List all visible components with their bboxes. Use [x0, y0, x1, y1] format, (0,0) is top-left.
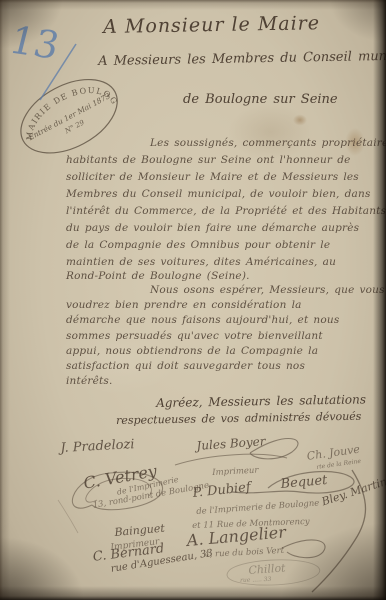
letter-line: intérêts. — [66, 375, 113, 387]
signature: Chillot — [248, 561, 286, 577]
document-page: 13 MAIRIE DE BOULOGNE Entrée du 1er Mai … — [0, 0, 386, 600]
signature: Bequet — [280, 473, 328, 492]
letter-line: du pays de vouloir bien faire une démarc… — [66, 222, 359, 234]
letter-line: Membres du Conseil municipal, de vouloir… — [66, 188, 371, 200]
letter-line: Les soussignés, commerçants propriétaire… — [150, 137, 386, 149]
letter-line: de la Compagnie des Omnibus pour obtenir… — [66, 239, 330, 251]
letter-line: satisfaction qui doit sauvegarder tous n… — [66, 360, 305, 372]
closing-line-1: Agréez, Messieurs les salutations — [156, 392, 366, 410]
letter-line: habitants de Boulogne sur Seine ont l'ho… — [66, 154, 351, 166]
signature: J. Pradelozi — [60, 437, 135, 456]
letter-line: appui, nous obtiendrons de la Compagnie … — [66, 345, 318, 357]
signature-address: rue ..... 33 — [240, 576, 272, 584]
address-line-1: A Monsieur le Maire — [103, 12, 320, 38]
address-line-3: de Boulogne sur Seine — [183, 92, 338, 107]
signature-title: Imprimeur — [212, 466, 259, 478]
letter-line: l'intérêt du Commerce, de la Propriété e… — [66, 205, 386, 217]
address-line-2: A Messieurs les Membres du Conseil munic… — [98, 48, 386, 69]
signature: Jules Boyer — [196, 434, 266, 453]
folio-number: 13 — [5, 18, 64, 68]
signature: Bley. Martin — [320, 475, 386, 508]
letter-line: démarche que nous faisons aujourd'hui, e… — [66, 314, 339, 326]
letter-line: sommes persuadés qu'avec votre bienveill… — [66, 330, 323, 342]
letter-line: maintien de ses voitures, dites Américai… — [66, 256, 336, 268]
flourish-langelier-loop — [282, 540, 325, 558]
flourish-stray-stroke — [58, 500, 78, 533]
closing-line-2: respectueuses de vos administrés dévoués — [116, 410, 362, 427]
letter-line: voudrez bien prendre en considération la — [66, 299, 302, 311]
letter-line: solliciter de Monsieur le Maire et de Me… — [66, 171, 359, 183]
letter-line: Rond-Point de Boulogne (Seine). — [66, 270, 250, 282]
signature-address: 4, rue du bois Vert — [204, 546, 284, 560]
flourish-underline — [175, 454, 287, 465]
signature-title: de l'Imprimerie de Boulogne — [196, 498, 320, 517]
letter-line: Nous osons espérer, Messieurs, que vous — [150, 284, 385, 296]
